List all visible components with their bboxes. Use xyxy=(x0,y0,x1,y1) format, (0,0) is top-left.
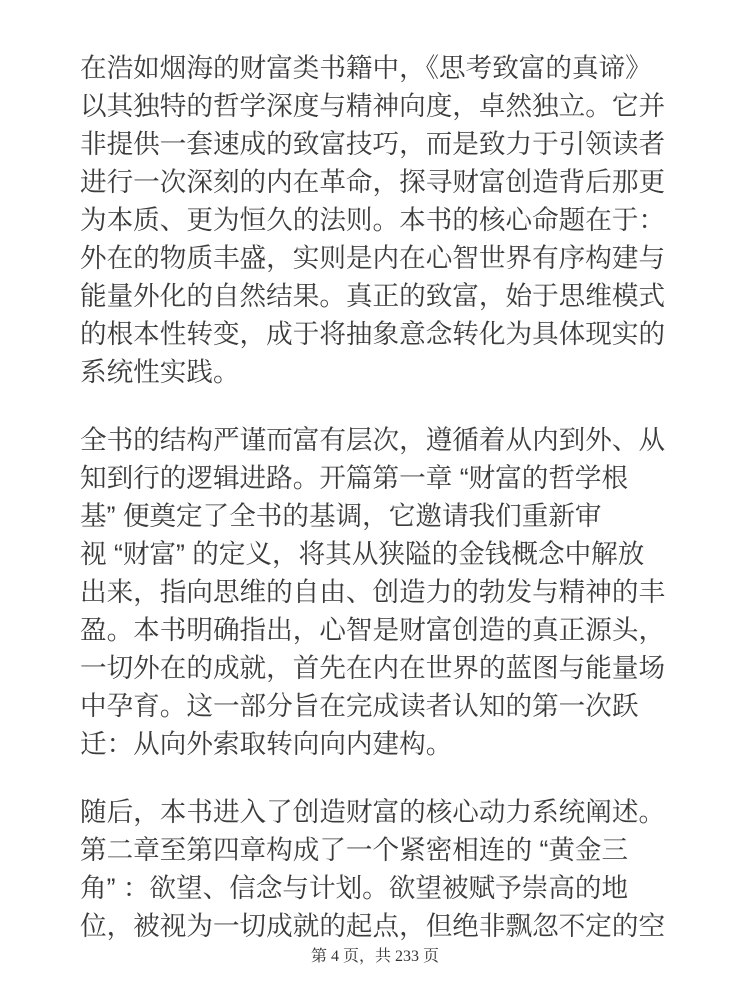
text-line: 一切外在的成就，首先在内在世界的蓝图与能量场 xyxy=(80,649,680,687)
text-line: 基” 便奠定了全书的基调，它邀请我们重新审 xyxy=(80,497,680,535)
text-line: 出来，指向思维的自由、创造力的勃发与精神的丰 xyxy=(80,573,680,611)
text-line: 能量外化的自然结果。真正的致富，始于思维模式 xyxy=(80,277,680,315)
text-line: 外在的物质丰盛，实则是内在心智世界有序构建与 xyxy=(80,239,680,277)
text-line: 在浩如烟海的财富类书籍中，《思考致富的真谛》 xyxy=(80,49,680,87)
text-line: 盈。本书明确指出，心智是财富创造的真正源头， xyxy=(80,611,680,649)
paragraph: 在浩如烟海的财富类书籍中，《思考致富的真谛》以其独特的哲学深度与精神向度，卓然独… xyxy=(80,49,680,391)
text-line: 随后，本书进入了创造财富的核心动力系统阐述。 xyxy=(80,793,680,831)
text-line: 的根本性转变，成于将抽象意念转化为具体现实的 xyxy=(80,315,680,353)
paragraph: 随后，本书进入了创造财富的核心动力系统阐述。第二章至第四章构成了一个紧密相连的 … xyxy=(80,793,680,945)
document-page: 在浩如烟海的财富类书籍中，《思考致富的真谛》以其独特的哲学深度与精神向度，卓然独… xyxy=(0,0,750,1000)
text-line: 视 “财富” 的定义，将其从狭隘的金钱概念中解放 xyxy=(80,535,680,573)
page-number-text: 第 4 页，共 233 页 xyxy=(311,948,439,965)
page-number-footer: 第 4 页，共 233 页 xyxy=(0,946,750,968)
text-line: 迁：从向外索取转向向内建构。 xyxy=(80,725,680,763)
text-line: 第二章至第四章构成了一个紧密相连的 “黄金三 xyxy=(80,831,680,869)
text-line: 系统性实践。 xyxy=(80,353,680,391)
document-body: 在浩如烟海的财富类书籍中，《思考致富的真谛》以其独特的哲学深度与精神向度，卓然独… xyxy=(80,49,680,975)
text-line: 知到行的逻辑进路。开篇第一章 “财富的哲学根 xyxy=(80,459,680,497)
text-line: 以其独特的哲学深度与精神向度，卓然独立。它并 xyxy=(80,87,680,125)
text-line: 进行一次深刻的内在革命，探寻财富创造背后那更 xyxy=(80,163,680,201)
text-line: 中孕育。这一部分旨在完成读者认知的第一次跃 xyxy=(80,687,680,725)
text-line: 位，被视为一切成就的起点，但绝非飘忽不定的空 xyxy=(80,907,680,945)
text-line: 非提供一套速成的致富技巧，而是致力于引领读者 xyxy=(80,125,680,163)
text-line: 为本质、更为恒久的法则。本书的核心命题在于： xyxy=(80,201,680,239)
paragraph: 全书的结构严谨而富有层次，遵循着从内到外、从知到行的逻辑进路。开篇第一章 “财富… xyxy=(80,421,680,763)
text-line: 全书的结构严谨而富有层次，遵循着从内到外、从 xyxy=(80,421,680,459)
text-line: 角” ：欲望、信念与计划。欲望被赋予崇高的地 xyxy=(80,869,680,907)
